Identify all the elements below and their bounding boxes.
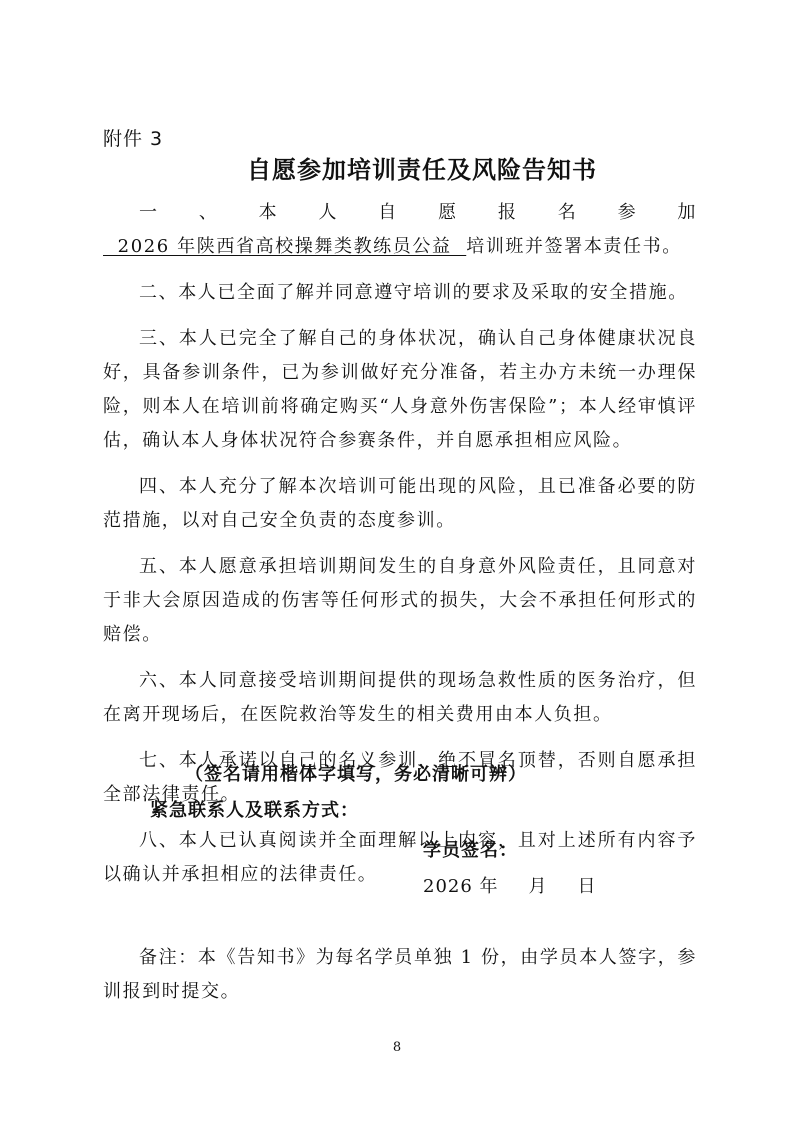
remark-section: 备注：本《告知书》为每名学员单独 1 份，由学员本人签字，参训报到时提交。	[103, 941, 697, 1021]
document-title: 自愿参加培训责任及风险告知书	[0, 150, 794, 185]
date-year: 2026 年	[423, 872, 499, 898]
paragraph-1-prefix: 一、本人自愿报名参加	[139, 202, 697, 223]
paragraph-5: 五、本人愿意承担培训期间发生的自身意外风险责任，且同意对于非大会原因造成的伤害等…	[103, 550, 697, 652]
document-page: 附件 3 自愿参加培训责任及风险告知书 一、本人自愿报名参加 2026 年陕西省…	[0, 0, 794, 1123]
paragraph-6: 六、本人同意接受培训期间提供的现场急救性质的医务治疗，但在离开现场后，在医院救治…	[103, 664, 697, 732]
paragraph-4: 四、本人充分了解本次培训可能出现的风险，且已准备必要的防范措施，以对自己安全负责…	[103, 470, 697, 538]
signature-note: （签名请用楷体字填写，务必清晰可辨）	[185, 760, 527, 786]
date-month: 月	[529, 872, 548, 898]
emergency-contact-label: 紧急联系人及联系方式：	[150, 796, 359, 822]
remark-text: 备注：本《告知书》为每名学员单独 1 份，由学员本人签字，参训报到时提交。	[103, 941, 697, 1009]
paragraph-3: 三、本人已完全了解自己的身体状况，确认自己身体健康状况良好，具备参训条件，已为参…	[103, 322, 697, 458]
paragraph-1-suffix: 培训班并签署本责任书。	[466, 236, 682, 257]
paragraph-2: 二、本人已全面了解并同意遵守培训的要求及采取的安全措施。	[103, 276, 697, 310]
student-signature-label: 学员签名：	[423, 836, 518, 862]
page-number: 8	[0, 1040, 794, 1055]
signature-date: 2026 年月日	[423, 872, 597, 898]
training-name-field: 2026 年陕西省高校操舞类教练员公益	[103, 236, 466, 257]
date-day: 日	[578, 872, 597, 898]
paragraph-1: 一、本人自愿报名参加 2026 年陕西省高校操舞类教练员公益 培训班并签署本责任…	[103, 196, 697, 264]
paragraph-8: 八、本人已认真阅读并全面理解以上内容，且对上述所有内容予以确认并承担相应的法律责…	[103, 824, 697, 892]
attachment-label: 附件 3	[103, 124, 163, 151]
